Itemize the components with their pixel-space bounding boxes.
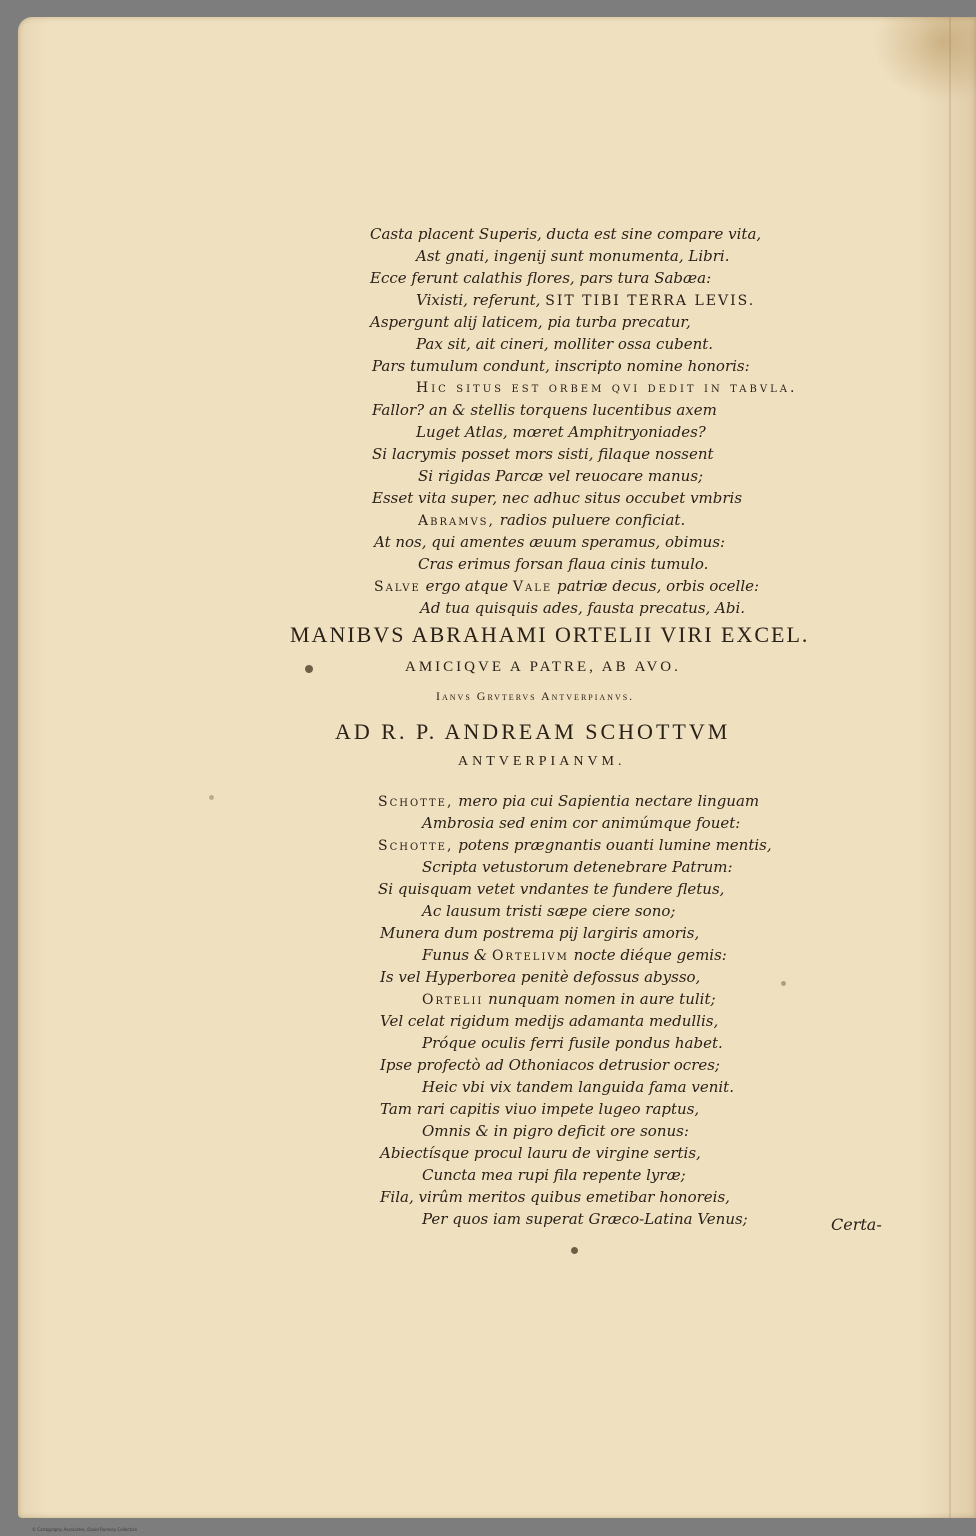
- verse-caps: Salve: [374, 579, 421, 595]
- author-name: Ianvs Grvtervs Antverpianvs.: [436, 689, 634, 704]
- verse-line: Cuncta mea rupi fila repente lyræ;: [422, 1166, 686, 1184]
- verse-line: Vixisti, referunt, SIT TIBI TERRA LEVIS.: [416, 291, 755, 310]
- verse-line: At nos, qui amentes æuum speramus, obimu…: [374, 533, 725, 551]
- verse-line: Is vel Hyperborea penitè defossus abysso…: [380, 968, 700, 986]
- verse-text: mero pia cui Sapientia nectare linguam: [458, 792, 759, 810]
- document-page: Casta placent Superis, ducta est sine co…: [18, 17, 976, 1518]
- verse-text: nocte diéque gemis:: [574, 946, 727, 964]
- verse-line: Aspergunt alij laticem, pia turba precat…: [370, 313, 691, 331]
- verse-text: nunquam nomen in aure tulit;: [488, 990, 715, 1008]
- verse-line: Abiectísque procul lauru de virgine sert…: [380, 1144, 701, 1162]
- verse-line: Próque oculis ferri fusile pondus habet.: [422, 1034, 723, 1052]
- ink-spot: [571, 1247, 578, 1254]
- verse-line: Munera dum postrema pij largiris amoris,: [380, 924, 699, 942]
- verse-text: ergo atque: [426, 577, 509, 595]
- verse-line-caps: Hic situs est orbem qvi dedit in tabvla.: [416, 379, 797, 397]
- verse-text: Vixisti, referunt,: [416, 291, 540, 309]
- verse-line: Ecce ferunt calathis flores, pars tura S…: [370, 269, 711, 287]
- heading-antverpianum: ANTVERPIANVM.: [458, 754, 626, 770]
- verse-text: Funus &: [422, 946, 487, 964]
- heading-schottum: AD R. P. ANDREAM SCHOTTVM: [335, 719, 730, 745]
- verse-line: Cras erimus forsan flaua cinis tumulo.: [418, 555, 708, 573]
- heading-amicique: AMICIQVE A PATRE, AB AVO.: [405, 659, 681, 676]
- verse-line: Omnis & in pigro deficit ore sonus:: [422, 1122, 689, 1140]
- verse-line: Ipse profectò ad Othoniacos detrusior oc…: [380, 1056, 720, 1074]
- ink-spot: [305, 665, 313, 673]
- verse-line: Schotte, mero pia cui Sapientia nectare …: [378, 792, 759, 811]
- verse-line: Ad tua quisquis ades, fausta precatus, A…: [420, 599, 745, 617]
- verse-line: Ast gnati, ingenij sunt monumenta, Libri…: [416, 247, 729, 265]
- verse-line: Pax sit, ait cineri, molliter ossa cuben…: [416, 335, 713, 353]
- heading-manibus: MANIBVS ABRAHAMI ORTELII VIRI EXCEL.: [290, 622, 809, 648]
- verse-line: Scripta vetustorum detenebrare Patrum:: [422, 858, 733, 876]
- verse-line: Fallor? an & stellis torquens lucentibus…: [372, 401, 717, 419]
- verse-line: Esset vita super, nec adhuc situs occube…: [372, 489, 742, 507]
- verse-caps: SIT TIBI TERRA LEVIS.: [545, 293, 755, 309]
- verse-line: Abramvs, radios puluere conficiat.: [418, 511, 685, 530]
- verse-line: Per quos iam superat Græco-Latina Venus;: [422, 1210, 748, 1228]
- verse-caps: Abramvs,: [418, 513, 495, 529]
- verse-line: Ortelii nunquam nomen in aure tulit;: [422, 990, 716, 1009]
- verse-line: Ac lausum tristi sæpe ciere sono;: [422, 902, 675, 920]
- verse-line: Luget Atlas, mœret Amphitryoniades?: [416, 423, 706, 441]
- catchword: Certa-: [831, 1215, 882, 1234]
- ink-spot: [781, 981, 786, 986]
- verse-line: Funus & Ortelivm nocte diéque gemis:: [422, 946, 727, 965]
- verse-caps: Ortelii: [422, 992, 483, 1008]
- page-fold: [949, 17, 951, 1518]
- verse-text: radios puluere conficiat.: [500, 511, 685, 529]
- verse-line: Si rigidas Parcæ vel reuocare manus;: [418, 467, 703, 485]
- verse-line: Si lacrymis posset mors sisti, filaque n…: [372, 445, 714, 463]
- verse-caps: Vale: [513, 579, 552, 595]
- verse-line: Heic vbi vix tandem languida fama venit.: [422, 1078, 734, 1096]
- ink-spot: [209, 795, 214, 800]
- verse-line: Pars tumulum condunt, inscripto nomine h…: [372, 357, 750, 375]
- verse-line: Ambrosia sed enim cor animúmque fouet:: [422, 814, 740, 832]
- verse-line: Schotte, potens prægnantis ouanti lumine…: [378, 836, 772, 855]
- verse-caps: Schotte,: [378, 838, 453, 854]
- verse-line: Tam rari capitis viuo impete lugeo raptu…: [380, 1100, 699, 1118]
- verse-caps: Schotte,: [378, 794, 453, 810]
- verse-text: potens prægnantis ouanti lumine mentis,: [458, 836, 771, 854]
- verse-text: patriæ decus, orbis ocelle:: [557, 577, 759, 595]
- verse-line: Si quisquam vetet vndantes te fundere fl…: [378, 880, 724, 898]
- copyright-credit: © Cartography Associates, David Rumsey C…: [32, 1527, 137, 1532]
- verse-line: Fila, virûm meritos quibus emetibar hono…: [380, 1188, 730, 1206]
- verse-caps: Ortelivm: [492, 948, 569, 964]
- verse-line: Vel celat rigidum medijs adamanta medull…: [380, 1012, 718, 1030]
- verse-line: Salve ergo atque Vale patriæ decus, orbi…: [374, 577, 759, 596]
- verse-line: Casta placent Superis, ducta est sine co…: [370, 225, 761, 243]
